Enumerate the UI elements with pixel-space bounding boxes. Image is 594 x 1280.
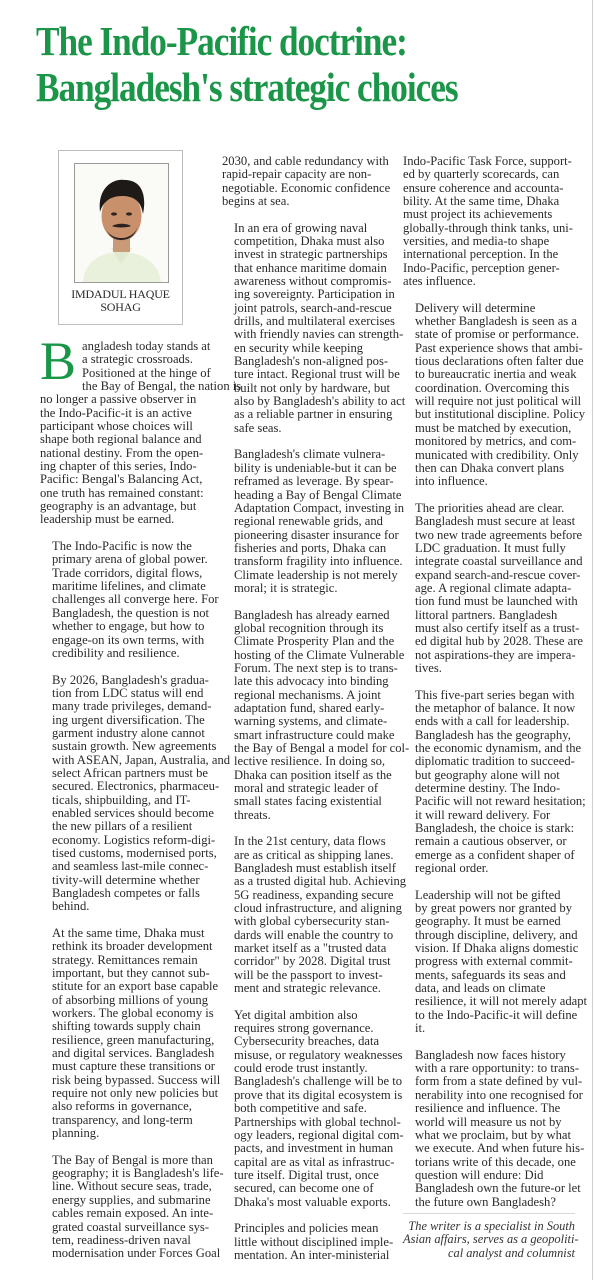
paragraph: The priorities ahead are clear.Banglades… <box>403 502 575 675</box>
text-line: geography; it is Bangladesh's life- <box>40 1167 210 1180</box>
text-line: line. Without secure seas, trade, <box>40 1180 210 1193</box>
text-line: cloud infrastructure, and aligning <box>222 902 394 915</box>
text-line: determine destiny. The Indo- <box>403 782 575 795</box>
text-line: diplomatic tradition to succeed- <box>403 755 575 768</box>
text-line: whether Bangladesh is seen as a <box>403 315 575 328</box>
text-line: Climate leadership is not merely <box>222 569 394 582</box>
text-line: must capture these transitions or <box>40 1060 210 1073</box>
text-line: ticals, shipbuilding, and IT- <box>40 794 210 807</box>
newspaper-page: The Indo-Pacific doctrine: Bangladesh's … <box>0 0 594 1280</box>
paragraph: Leadership will not be giftedby great po… <box>403 889 575 1036</box>
text-line: threats. <box>222 809 394 822</box>
text-line: into influence. <box>403 475 575 488</box>
text-line: international perception. In the <box>403 248 575 261</box>
text-line: ture intact. Regional trust will be <box>222 368 394 381</box>
text-line: Adaptation Compact, investing in <box>222 502 394 515</box>
text-line: Bangladesh, the question is not <box>40 607 210 620</box>
text-line: also reforms in governance, <box>40 1100 210 1113</box>
text-line: garment industry alone cannot <box>40 727 210 740</box>
text-line: state of promise or performance. <box>403 328 575 341</box>
text-line: prove that its digital ecosystem is <box>222 1089 394 1102</box>
text-line: ing sovereignty. Participation in <box>222 288 394 301</box>
text-line: it will reward delivery. For <box>403 809 575 822</box>
text-line: ends with a call for leadership. <box>403 715 575 728</box>
text-line: regional renewable grids, and <box>222 515 394 528</box>
paragraph: Bangladesh today stands ata strategic cr… <box>40 340 210 527</box>
text-line: credibility and resilience. <box>40 647 210 660</box>
text-line: the Indo-Pacific-it is an active <box>40 407 210 420</box>
text-line: sustain growth. New agreements <box>40 740 210 753</box>
text-line: through discipline, delivery, and <box>403 929 575 942</box>
text-line: safe seas. <box>222 422 394 435</box>
text-line: stitute for an export base capable <box>40 980 210 993</box>
text-line: rapid-repair capacity are non- <box>222 168 394 181</box>
text-line: By 2026, Bangladesh's gradua- <box>40 674 210 687</box>
text-line: Indo-Pacific Task Force, support- <box>403 155 575 168</box>
text-line: tised customs, modernised ports, <box>40 847 210 860</box>
text-line: In the 21st century, data flows <box>222 835 394 848</box>
author-bio-footnote: The writer is a specialist in SouthAsian… <box>403 1220 575 1260</box>
text-line: select African partners must be <box>40 767 210 780</box>
text-line: could erode trust instantly. <box>222 1062 394 1075</box>
text-line: built not only by hardware, but <box>222 382 394 395</box>
text-line: 5G readiness, expanding secure <box>222 889 394 902</box>
paragraph: Bangladesh's climate vulnera-bility is u… <box>222 448 394 595</box>
text-line: remain a cautious observer, or <box>403 835 575 848</box>
text-line: regional mechanisms. A joint <box>222 689 394 702</box>
text-line: to bureaucratic inertia and weak <box>403 368 575 381</box>
text-line: economy. Logistics reform-digi- <box>40 834 210 847</box>
text-line: Partnerships with global technol- <box>222 1116 394 1129</box>
text-line: smart infrastructure could make <box>222 729 394 742</box>
text-line: require not only new policies but <box>40 1087 210 1100</box>
text-line: whether to engage, but how to <box>40 620 210 633</box>
text-line: warning systems, and climate- <box>222 715 394 728</box>
text-line: as a reliable partner in ensuring <box>222 408 394 421</box>
text-line: heading a Bay of Bengal Climate <box>222 489 394 502</box>
text-line: versities, and media-to shape <box>403 235 575 248</box>
text-line: geography. It must be earned <box>403 915 575 928</box>
text-line: requires strong governance. <box>222 1022 394 1035</box>
text-line: Dhaka's most valuable exports. <box>222 1196 394 1209</box>
text-line: no longer a passive observer in <box>40 393 210 406</box>
text-line: secured, can become one of <box>222 1182 394 1195</box>
text-line: engage-on its own terms, with <box>40 634 210 647</box>
text-line: many trade privileges, demand- <box>40 700 210 713</box>
text-line: must be matched by execution, <box>403 422 575 435</box>
text-line: risk being bypassed. Success will <box>40 1074 210 1087</box>
text-line: behind. <box>40 900 210 913</box>
text-line: form from a state defined by vul- <box>403 1075 575 1088</box>
text-line: The Indo-Pacific is now the <box>40 540 210 553</box>
text-line: ogy leaders, regional digital com- <box>222 1129 394 1142</box>
text-line: but institutional discipline. Policy <box>403 408 575 421</box>
text-line: invest in strategic partnerships <box>222 248 394 261</box>
text-line: then can Dhaka convert plans <box>403 462 575 475</box>
text-line: geography is an advantage, but <box>40 500 210 513</box>
text-line: tives. <box>403 662 575 675</box>
text-line: modernisation under Forces Goal <box>40 1247 210 1260</box>
text-line: Trade corridors, digital flows, <box>40 567 210 580</box>
paragraph: Bangladesh has already earnedglobal reco… <box>222 609 394 823</box>
text-line: expand search-and-rescue cover- <box>403 569 575 582</box>
text-line: energy supplies, and submarine <box>40 1194 210 1207</box>
text-line: integrate coastal surveillance and <box>403 555 575 568</box>
text-line: lective resilience. In doing so, <box>222 755 394 768</box>
text-line: This five-part series began with <box>403 689 575 702</box>
text-line: mentation. An inter-ministerial <box>222 1249 394 1262</box>
text-line: Bangladesh must establish itself <box>222 862 394 875</box>
text-line: transparency, and long-term <box>40 1114 210 1127</box>
text-line: In an era of growing naval <box>222 222 394 235</box>
text-line: The Bay of Bengal is more than <box>40 1154 210 1167</box>
text-line: planning. <box>40 1127 210 1140</box>
paragraph: The Bay of Bengal is more thangeography;… <box>40 1154 210 1261</box>
text-line: ing chapter of this series, Indo- <box>40 460 210 473</box>
text-line: nerability into one recognised for <box>403 1089 575 1102</box>
text-line: the economic dynamism, and the <box>403 742 575 755</box>
text-line: monitored by metrics, and com- <box>403 435 575 448</box>
text-line: pacts, and investment in human <box>222 1142 394 1155</box>
text-line: drills, and multilateral exercises <box>222 315 394 328</box>
text-line: pioneering disaster insurance for <box>222 529 394 542</box>
text-line: Bangladesh has the geography, <box>403 729 575 742</box>
page-edge-border <box>592 0 593 1280</box>
text-line: begins at sea. <box>222 195 394 208</box>
text-line: leadership must be earned. <box>40 513 210 526</box>
text-line: torians write of this decade, one <box>403 1156 575 1169</box>
text-line: rethink its broader development <box>40 940 210 953</box>
text-line: The writer is a specialist in South <box>403 1220 575 1233</box>
article-column-2: 2030, and cable redundancy withrapid-rep… <box>222 155 394 1276</box>
drop-cap: B <box>40 341 76 381</box>
headline-line-1: The Indo-Pacific doctrine: <box>36 18 518 64</box>
text-line: coordination. Overcoming this <box>403 382 575 395</box>
text-line: awareness without compromis- <box>222 275 394 288</box>
text-line: emerge as a confident shaper of <box>403 849 575 862</box>
text-line: shifting towards supply chain <box>40 1020 210 1033</box>
text-line: not aspirations-they are impera- <box>403 649 575 662</box>
text-line: resilience and influence. The <box>403 1102 575 1115</box>
text-line: Dhaka can position itself as the <box>222 769 394 782</box>
text-line: joint patrols, search-and-rescue <box>222 302 394 315</box>
text-line: en security while keeping <box>222 342 394 355</box>
text-line: world will measure us not by <box>403 1116 575 1129</box>
text-line: enabled services should become <box>40 807 210 820</box>
text-line: vision. If Dhaka aligns domestic <box>403 942 575 955</box>
text-line: with ASEAN, Japan, Australia, and <box>40 754 210 767</box>
paragraph: Indo-Pacific Task Force, support-ed by q… <box>403 155 575 288</box>
text-line: must also certify itself as a trust- <box>403 622 575 635</box>
footnote-divider <box>403 1213 575 1214</box>
text-line: we execute. And when future his- <box>403 1142 575 1155</box>
text-line: and seamless last-mile connec- <box>40 860 210 873</box>
text-line: little without disciplined imple- <box>222 1236 394 1249</box>
text-line: progress with external commit- <box>403 955 575 968</box>
text-line: will be the passport to invest- <box>222 969 394 982</box>
text-line: secured. Electronics, pharmaceu- <box>40 780 210 793</box>
text-line: Bangladesh, the choice is stark: <box>403 822 575 835</box>
text-line: tion from LDC status will end <box>40 687 210 700</box>
text-line: with friendly navies can strength- <box>222 328 394 341</box>
text-line: market itself as a "trusted data <box>222 942 394 955</box>
paragraph: The Indo-Pacific is now theprimary arena… <box>40 540 210 660</box>
text-line: strategy. Remittances remain <box>40 954 210 967</box>
article-column-1: Bangladesh today stands ata strategic cr… <box>40 340 210 1274</box>
text-line: as a trusted digital hub. Achieving <box>222 875 394 888</box>
text-line: Yet digital ambition also <box>222 1009 394 1022</box>
text-line: littoral partners. Bangladesh <box>403 609 575 622</box>
text-line: ture itself. Digital trust, once <box>222 1169 394 1182</box>
paragraph: In an era of growing navalcompetition, D… <box>222 222 394 436</box>
text-line: reframed as leverage. By spear- <box>222 475 394 488</box>
text-line: ment and strategic relevance. <box>222 982 394 995</box>
text-line: Past experience shows that ambi- <box>403 342 575 355</box>
text-line: are as critical as shipping lanes. <box>222 849 394 862</box>
text-line: age. A regional climate adapta- <box>403 582 575 595</box>
text-line: The priorities ahead are clear. <box>403 502 575 515</box>
text-line: cal analyst and columnist <box>403 1247 575 1260</box>
text-line: Bangladesh's challenge will be to <box>222 1075 394 1088</box>
text-line: Bangladesh has already earned <box>222 609 394 622</box>
author-portrait-icon <box>75 164 168 282</box>
text-line: ing urgent diversification. The <box>40 714 210 727</box>
text-line: hosting of the Climate Vulnerable <box>222 649 394 662</box>
text-line: Pacific: Bengal's Balancing Act, <box>40 473 210 486</box>
text-line: data, and leads on climate <box>403 982 575 995</box>
text-line: Bangladesh own the future-or let <box>403 1182 575 1195</box>
text-line: workers. The global economy is <box>40 1007 210 1020</box>
text-line: small states facing existential <box>222 795 394 808</box>
text-line: two new trade agreements before <box>403 529 575 542</box>
text-line: Indo-Pacific, perception gener- <box>403 262 575 275</box>
text-line: Cybersecurity breaches, data <box>222 1035 394 1048</box>
text-line: dards will enable the country to <box>222 929 394 942</box>
text-line: both competitive and safe. <box>222 1102 394 1115</box>
text-line: transform fragility into influence. <box>222 555 394 568</box>
text-line: the metaphor of balance. It now <box>403 702 575 715</box>
text-line: Bangladesh must secure at least <box>403 515 575 528</box>
text-line: resilience, green manufacturing, <box>40 1034 210 1047</box>
text-line: globally-through think tanks, uni- <box>403 222 575 235</box>
text-line: Bangladesh competes or falls <box>40 887 210 900</box>
text-line: it. <box>403 1022 575 1035</box>
paragraph: 2030, and cable redundancy withrapid-rep… <box>222 155 394 208</box>
headline-line-2: Bangladesh's strategic choices <box>36 64 518 110</box>
text-line: the new pillars of a resilient <box>40 820 210 833</box>
article-column-3: Indo-Pacific Task Force, support-ed by q… <box>403 155 575 1273</box>
text-line: the Bay of Bengal a model for col- <box>222 742 394 755</box>
text-line: tion fund must be launched with <box>403 595 575 608</box>
text-line: tem, readiness-driven naval <box>40 1234 210 1247</box>
text-line: tivity-will determine whether <box>40 874 210 887</box>
text-line: challenges all converge here. For <box>40 593 210 606</box>
text-line: ed digital hub by 2028. These are <box>403 635 575 648</box>
paragraph: Yet digital ambition alsorequires strong… <box>222 1009 394 1209</box>
text-line: what we proclaim, but by what <box>403 1129 575 1142</box>
text-line: of absorbing millions of young <box>40 994 210 1007</box>
text-line: grated coastal surveillance sys- <box>40 1221 210 1234</box>
text-line: question will endure: Did <box>403 1169 575 1182</box>
text-line: ensure coherence and accounta- <box>403 182 575 195</box>
text-line: Bangladesh's non-aligned pos- <box>222 355 394 368</box>
text-line: Pacific will not reward hesitation; <box>403 795 575 808</box>
text-line: negotiable. Economic confidence <box>222 182 394 195</box>
text-line: LDC graduation. It must fully <box>403 542 575 555</box>
text-line: with a rare opportunity: to trans- <box>403 1062 575 1075</box>
text-line: by great powers nor granted by <box>403 902 575 915</box>
text-line: ed by quarterly scorecards, can <box>403 168 575 181</box>
text-line: also by Bangladesh's ability to act <box>222 395 394 408</box>
text-line: cables remain exposed. An inte- <box>40 1207 210 1220</box>
author-photo <box>74 163 169 283</box>
text-line: that enhance maritime domain <box>222 262 394 275</box>
paragraph: This five-part series began withthe meta… <box>403 689 575 876</box>
author-name-line-2: SOHAG <box>59 301 182 314</box>
headline: The Indo-Pacific doctrine: Bangladesh's … <box>36 18 518 110</box>
text-line: capital are as vital as infrastruc- <box>222 1156 394 1169</box>
text-line: one truth has remained constant: <box>40 487 210 500</box>
text-line: but geography alone will not <box>403 769 575 782</box>
text-line: Asian affairs, serves as a geopoliti- <box>403 1233 575 1246</box>
text-line: Forum. The next step is to trans- <box>222 662 394 675</box>
text-line: Principles and policies mean <box>222 1222 394 1235</box>
text-line: national destiny. From the open- <box>40 447 210 460</box>
text-line: bility. At the same time, Dhaka <box>403 195 575 208</box>
text-line: 2030, and cable redundancy with <box>222 155 394 168</box>
text-line: corridor" by 2028. Digital trust <box>222 955 394 968</box>
text-line: Leadership will not be gifted <box>403 889 575 902</box>
text-line: primary arena of global power. <box>40 553 210 566</box>
paragraph: Principles and policies meanlittle witho… <box>222 1222 394 1262</box>
text-line: important, but they cannot sub- <box>40 967 210 980</box>
text-line: Bangladesh's climate vulnera- <box>222 448 394 461</box>
text-line: tious declarations often falter due <box>403 355 575 368</box>
paragraph: Bangladesh now faces historywith a rare … <box>403 1049 575 1209</box>
paragraph: By 2026, Bangladesh's gradua-tion from L… <box>40 674 210 914</box>
text-line: the future own Bangladesh? <box>403 1196 575 1209</box>
text-line: Climate Prosperity Plan and the <box>222 635 394 648</box>
text-line: maritime lifelines, and climate <box>40 580 210 593</box>
text-line: with global cybersecurity stan- <box>222 915 394 928</box>
text-line: bility is undeniable-but it can be <box>222 462 394 475</box>
text-line: global recognition through its <box>222 622 394 635</box>
text-line: ates influence. <box>403 275 575 288</box>
text-line: Bangladesh now faces history <box>403 1049 575 1062</box>
text-line: municated with credibility. Only <box>403 449 575 462</box>
text-line: shape both regional balance and <box>40 433 210 446</box>
text-line: will require not just political will <box>403 395 575 408</box>
paragraph: In the 21st century, data flowsare as cr… <box>222 835 394 995</box>
text-line: moral; it is strategic. <box>222 582 394 595</box>
text-line: adaptation fund, shared early- <box>222 702 394 715</box>
text-line: must project its achievements <box>403 208 575 221</box>
text-line: moral and strategic leader of <box>222 782 394 795</box>
text-line: ments, safeguards its seas and <box>403 969 575 982</box>
text-line: and digital services. Bangladesh <box>40 1047 210 1060</box>
paragraph: At the same time, Dhaka mustrethink its … <box>40 927 210 1141</box>
text-line: At the same time, Dhaka must <box>40 927 210 940</box>
text-line: regional order. <box>403 862 575 875</box>
author-box: IMDADUL HAQUE SOHAG <box>58 150 183 325</box>
paragraph: Delivery will determinewhether Banglades… <box>403 302 575 489</box>
text-line: participant whose choices will <box>40 420 210 433</box>
author-name: IMDADUL HAQUE SOHAG <box>59 288 182 314</box>
text-line: to the Indo-Pacific-it will define <box>403 1009 575 1022</box>
text-line: fisheries and ports, Dhaka can <box>222 542 394 555</box>
text-line: late this advocacy into binding <box>222 675 394 688</box>
text-line: misuse, or regulatory weaknesses <box>222 1049 394 1062</box>
text-line: Delivery will determine <box>403 302 575 315</box>
text-line: competition, Dhaka must also <box>222 235 394 248</box>
text-line: resilience, it will not merely adapt <box>403 995 575 1008</box>
